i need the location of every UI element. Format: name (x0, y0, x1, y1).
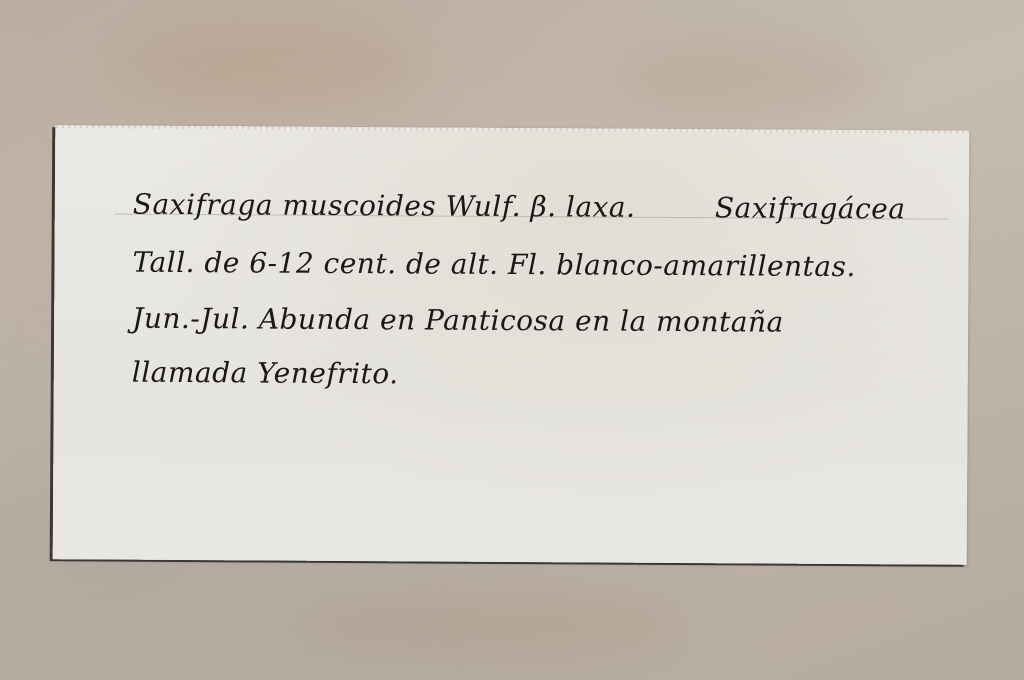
label-line-3: Jun.-Jul. Abunda en Panticosa en la mont… (132, 302, 784, 339)
locality-name: llamada Yenefrito. (132, 356, 399, 391)
background-stain (120, 20, 420, 110)
background-stain (300, 590, 680, 660)
flowering-and-locality: Jun.-Jul. Abunda en Panticosa en la mont… (132, 302, 784, 339)
size-and-flower-description: Tall. de 6-12 cent. de alt. Fl. blanco-a… (132, 246, 856, 283)
species-name: Saxifraga muscoides Wulf. β. laxa. (133, 188, 636, 224)
family-name: Saxifragácea (715, 191, 906, 225)
herbarium-label: Saxifraga muscoides Wulf. β. laxa. Saxif… (53, 125, 970, 565)
background-stain (620, 40, 880, 120)
label-line-4: llamada Yenefrito. (132, 356, 399, 391)
label-line-1: Saxifraga muscoides Wulf. β. laxa. Saxif… (133, 188, 906, 226)
label-line-2: Tall. de 6-12 cent. de alt. Fl. blanco-a… (132, 246, 856, 283)
